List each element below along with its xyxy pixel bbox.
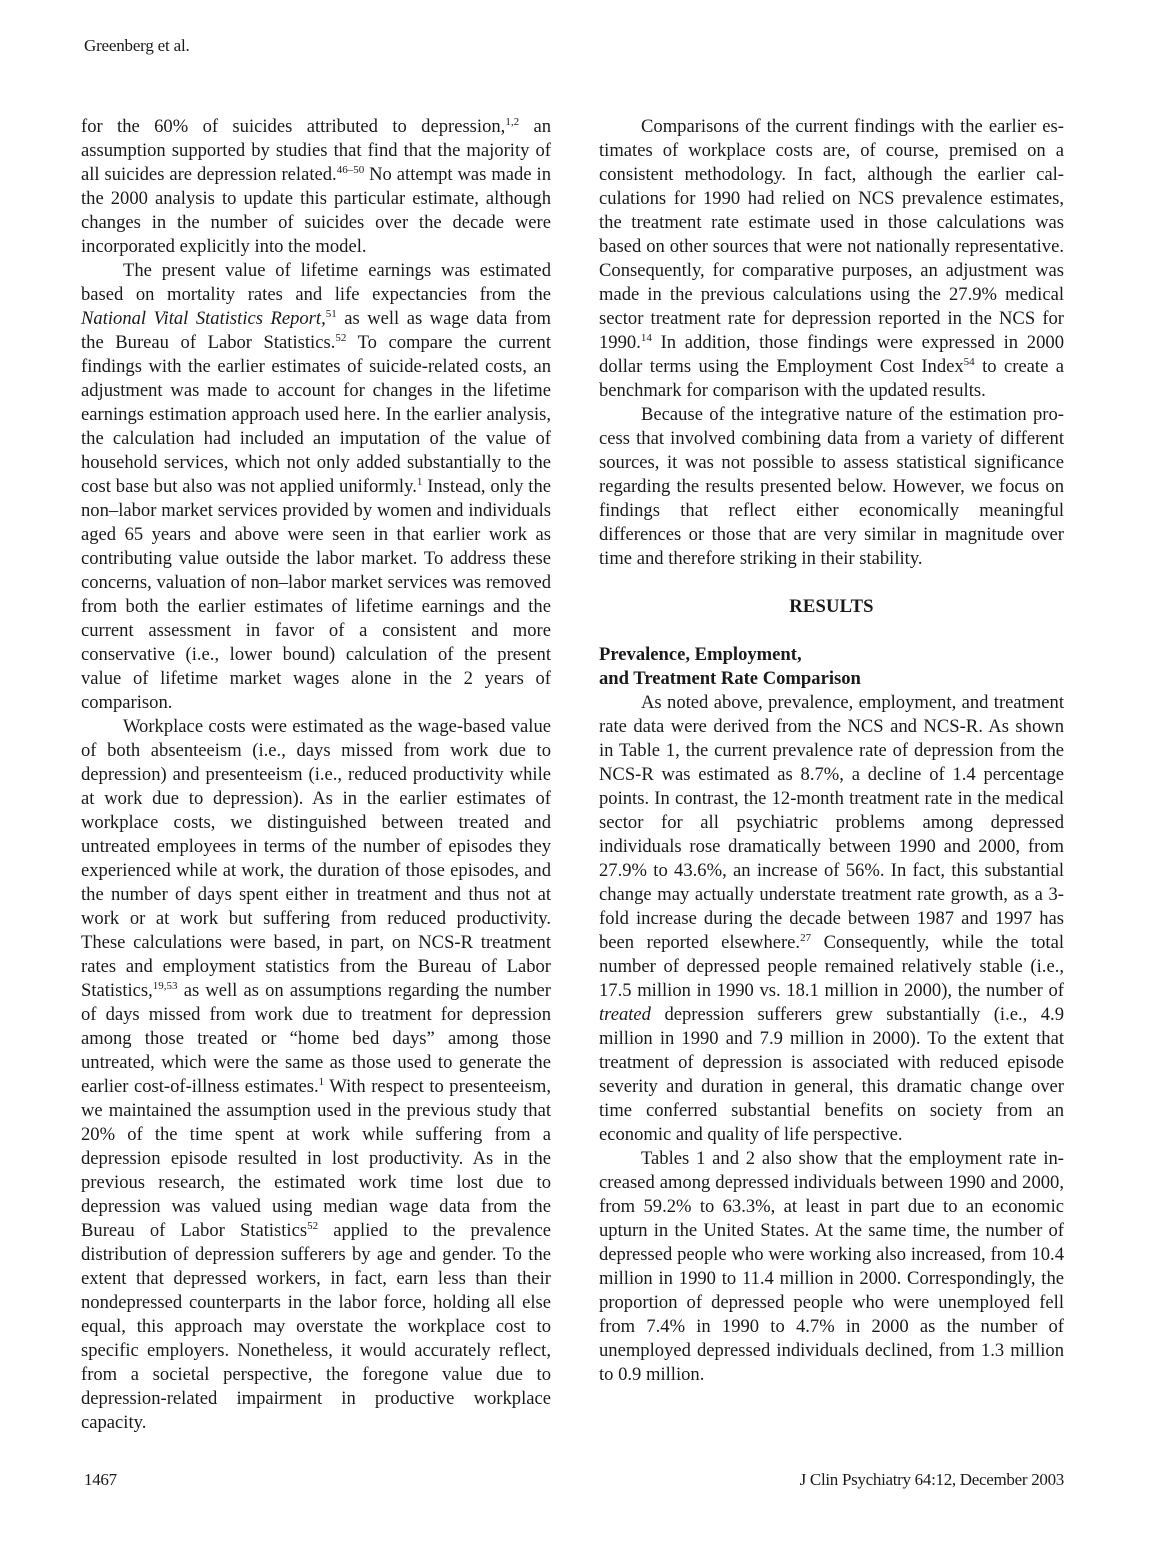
text-run: The present value of lifetime earnings w… [81,260,551,305]
citation-superscript: 14 [641,332,652,344]
paragraph: The present value of lifetime earnings w… [81,259,551,715]
citation-superscript: 54 [964,356,975,368]
citation-superscript: 19,53 [153,980,178,992]
journal-citation: J Clin Psychiatry 64:12, December 2003 [800,1470,1064,1490]
citation-superscript: 52 [335,332,346,344]
paragraph: Comparisons of the current findings with… [599,115,1064,403]
text-run: for the 60% of suicides attributed to de… [81,116,505,137]
subsection-heading: Prevalence, Employment, and Treatment Ra… [599,643,1064,691]
paragraph: Because of the integrative nature of the… [599,403,1064,571]
text-run: With respect to presenteeism, we main­ta… [81,1076,551,1241]
section-heading-results: RESULTS [599,595,1064,619]
italic-emphasis: treated [599,1004,651,1025]
text-run: Instead, only the non–labor market servi… [81,476,551,713]
paragraph: Tables 1 and 2 also show that the employ… [599,1147,1064,1387]
citation-superscript: 46–50 [337,164,365,176]
running-head: Greenberg et al. [84,36,190,56]
italic-title: National Vital Statistics Report, [81,308,326,329]
text-run: As noted above, prevalence, employment, … [599,692,1064,953]
text-run: Tables 1 and 2 also show that the employ… [599,1148,1064,1385]
paragraph: As noted above, prevalence, employment, … [599,691,1064,1147]
citation-superscript: 27 [800,932,811,944]
left-column: for the 60% of suicides attributed to de… [81,115,551,1435]
citation-superscript: 52 [307,1220,318,1232]
subsection-heading-line: and Treatment Rate Comparison [599,667,1064,691]
text-run: applied to the prevalence distribution o… [81,1220,551,1433]
subsection-heading-line: Prevalence, Employment, [599,643,1064,667]
citation-superscript: 51 [326,308,337,320]
text-run: Comparisons of the current findings with… [599,116,1064,353]
text-run: depression sufferers grew substantially … [599,1004,1064,1145]
right-column: Comparisons of the current findings with… [599,115,1064,1387]
citation-superscript: 1,2 [505,116,519,128]
text-run: Workplace costs were estimated as the wa… [81,716,551,1001]
page-number: 1467 [84,1470,117,1490]
text-run: To compare the cur­rent findings with th… [81,332,551,497]
paragraph: Workplace costs were estimated as the wa… [81,715,551,1435]
paragraph: for the 60% of suicides attributed to de… [81,115,551,259]
text-run: Because of the integrative nature of the… [599,404,1064,569]
